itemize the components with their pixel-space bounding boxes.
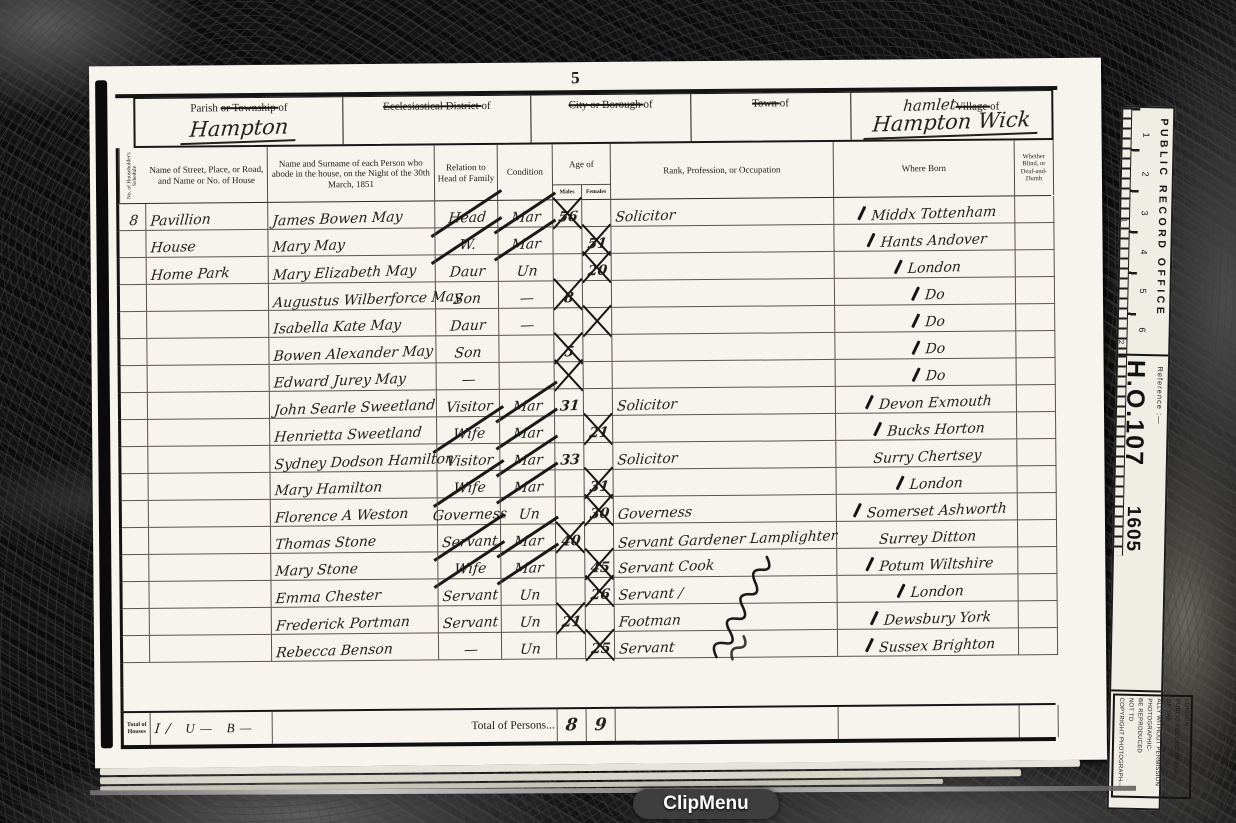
cell-age-f bbox=[583, 281, 612, 308]
total-females-cell: 9 bbox=[587, 709, 616, 741]
cell-street: House bbox=[146, 230, 268, 258]
column-header-label: Age of bbox=[553, 144, 610, 185]
cell-street bbox=[149, 581, 271, 609]
cell-relation: — bbox=[437, 363, 500, 391]
cell-age-f: 31 bbox=[584, 470, 613, 497]
cell-schedule bbox=[122, 582, 149, 609]
cell-relation: Son bbox=[436, 282, 499, 310]
tally-tick bbox=[895, 475, 904, 490]
cell-condition: Mar bbox=[498, 227, 553, 254]
scanned-census-photograph: 5 Parish or Township ofHamptonEcclesiast… bbox=[0, 0, 1236, 823]
cell-schedule bbox=[122, 555, 149, 582]
cell-born: Sussex Brighton bbox=[838, 628, 1019, 657]
cell-occupation: Solicitor bbox=[611, 198, 834, 227]
handwritten-occupation: Servant Cook bbox=[618, 558, 715, 577]
ruler-number-outer: 2 bbox=[1117, 340, 1126, 344]
cell-street bbox=[150, 608, 272, 636]
cell-name: Augustus Wilberforce May bbox=[269, 282, 436, 310]
cell-age-m bbox=[555, 470, 584, 497]
handwritten-born: Hants Andover bbox=[880, 231, 988, 251]
cell-street: Home Park bbox=[147, 257, 269, 285]
handwritten-condition: Mar bbox=[511, 209, 542, 226]
cell-condition: — bbox=[499, 281, 554, 308]
cell-schedule bbox=[120, 258, 147, 285]
handwritten-age-f: 21 bbox=[589, 425, 610, 442]
handwritten-age-f: 45 bbox=[590, 560, 611, 577]
header-label-post: of bbox=[780, 97, 789, 109]
handwritten-relation: Servant bbox=[442, 614, 499, 632]
cell-condition: Un bbox=[502, 605, 557, 632]
cell-born: London bbox=[835, 250, 1016, 279]
cell-blind bbox=[1015, 223, 1054, 250]
handwritten-relation: Son bbox=[454, 345, 482, 362]
handwritten-relation: Servant bbox=[442, 587, 499, 605]
header-box: Town of bbox=[691, 93, 851, 141]
column-header-label: No. of Householder's Schedule bbox=[119, 148, 146, 203]
handwritten-born: Do bbox=[924, 287, 945, 304]
handwritten-occupation: Solicitor bbox=[617, 450, 678, 468]
cell-relation: Son bbox=[436, 336, 499, 364]
header-label-struck: Ecclesiastical District bbox=[383, 100, 481, 113]
reference-class: H.O.107 bbox=[1120, 360, 1150, 468]
cell-name: John Searle Sweetland bbox=[270, 390, 437, 418]
header-label-post: of bbox=[643, 99, 652, 111]
handwritten-name: Florence A Weston bbox=[274, 506, 409, 527]
cell-schedule bbox=[123, 609, 150, 636]
cell-street bbox=[147, 311, 269, 339]
cell-occupation: Governess bbox=[614, 495, 837, 524]
column-header-label: Whether Blind, or Deaf-and-Dumb bbox=[1015, 140, 1054, 195]
handwritten-born: Do bbox=[924, 341, 945, 358]
cell-condition: Mar bbox=[501, 551, 556, 578]
cell-condition: Mar bbox=[501, 470, 556, 497]
cell-relation: Servant bbox=[438, 579, 501, 607]
column-header-label: Condition bbox=[498, 144, 553, 199]
handwritten-schedule: 8 bbox=[128, 213, 138, 229]
column-header-label: Name and Surname of each Person who abod… bbox=[268, 145, 435, 201]
cell-age-f bbox=[582, 200, 611, 227]
handwritten-occupation: Solicitor bbox=[615, 208, 676, 226]
cell-occupation: Solicitor bbox=[613, 387, 836, 416]
tally-tick bbox=[870, 611, 879, 626]
cell-street bbox=[147, 338, 269, 366]
cell-age-m bbox=[555, 362, 584, 389]
column-header-label: Where Born bbox=[834, 140, 1015, 197]
tally-tick bbox=[867, 233, 876, 248]
clipmenu-label: ClipMenu bbox=[663, 793, 749, 815]
cell-name: Henrietta Sweetland bbox=[270, 417, 437, 445]
handwritten-name: Thomas Stone bbox=[274, 534, 376, 554]
cell-schedule bbox=[122, 501, 149, 528]
handwritten-age-f: 30 bbox=[589, 506, 610, 523]
total-of-persons-label: Total of Persons... bbox=[273, 709, 558, 743]
cell-relation: W. bbox=[435, 228, 498, 256]
handwritten-occupation: Servant Gardener Lamplighter bbox=[617, 528, 838, 552]
handwritten-name: Rebecca Benson bbox=[275, 641, 393, 661]
cell-schedule bbox=[121, 366, 148, 393]
cell-blind bbox=[1015, 196, 1054, 223]
cell-occupation bbox=[613, 414, 836, 443]
cell-condition: — bbox=[499, 308, 554, 335]
handwritten-occupation: Servant / bbox=[618, 585, 684, 603]
handwritten-street: Home Park bbox=[150, 265, 230, 284]
handwritten-born: Dewsbury York bbox=[883, 609, 992, 629]
inhabited-mark: I / bbox=[154, 721, 172, 737]
handwritten-born: London bbox=[909, 475, 964, 493]
handwritten-born: Surrey Ditton bbox=[879, 528, 977, 547]
tally-tick bbox=[873, 422, 882, 437]
handwritten-born: Somerset Ashworth bbox=[866, 501, 1007, 522]
handwritten-age-f: 25 bbox=[591, 641, 612, 658]
cell-age-f: 51 bbox=[582, 227, 611, 254]
cell-age-f: 30 bbox=[585, 497, 614, 524]
cell-age-f: 21 bbox=[584, 416, 613, 443]
census-rows: 8PavillionJames Bowen MayHeadMar56Solici… bbox=[116, 196, 1062, 663]
tally-tick bbox=[911, 286, 920, 301]
handwritten-age-f: 51 bbox=[587, 236, 608, 253]
cell-relation: Wife bbox=[438, 471, 501, 499]
handwritten-condition: Un bbox=[518, 506, 540, 523]
header-box: Parish or Township ofHampton bbox=[135, 97, 344, 146]
cell-blind bbox=[1018, 493, 1057, 520]
tally-tick bbox=[896, 583, 905, 598]
cell-blind bbox=[1016, 304, 1055, 331]
cell-relation: Wife bbox=[438, 552, 501, 580]
cell-age-m: 40 bbox=[556, 524, 585, 551]
total-of-houses-label: Total of Houses bbox=[124, 713, 151, 745]
handwritten-occupation: Governess bbox=[617, 504, 693, 523]
empty-total-cell bbox=[1020, 705, 1059, 737]
cell-schedule bbox=[123, 636, 150, 663]
cell-street: Pavillion bbox=[146, 203, 268, 231]
building-mark: B — bbox=[227, 720, 253, 736]
handwritten-name: Sydney Dodson Hamilton bbox=[274, 451, 455, 473]
header-box: hamlet Village ofHampton Wick bbox=[851, 91, 1052, 140]
header-label-post: of bbox=[278, 102, 287, 114]
header-box: City or Borough of bbox=[531, 94, 691, 142]
handwritten-name: Edward Jurey May bbox=[273, 371, 407, 392]
cell-schedule bbox=[121, 393, 148, 420]
handwritten-condition: — bbox=[519, 290, 534, 307]
cell-age-f: 45 bbox=[585, 551, 614, 578]
cell-occupation bbox=[611, 225, 834, 254]
cell-blind bbox=[1018, 520, 1057, 547]
empty-total-cell bbox=[616, 707, 839, 741]
handwritten-name: Henrietta Sweetland bbox=[274, 425, 423, 446]
cell-name: Bowen Alexander May bbox=[269, 336, 436, 364]
header-label-struck: or Township bbox=[221, 102, 279, 115]
handwritten-street: Pavillion bbox=[150, 212, 212, 230]
page-number: 5 bbox=[571, 68, 580, 88]
column-headers: No. of Householder's ScheduleName of Str… bbox=[116, 140, 1051, 204]
handwritten-condition: Mar bbox=[513, 425, 544, 442]
cell-street bbox=[148, 365, 270, 393]
cell-age-m: 8 bbox=[554, 281, 583, 308]
cell-name: Rebecca Benson bbox=[272, 633, 439, 661]
handwritten-condition: Un bbox=[519, 614, 541, 631]
cell-age-m bbox=[555, 416, 584, 443]
cell-occupation bbox=[613, 360, 836, 389]
handwritten-born: Sussex Brighton bbox=[879, 636, 996, 656]
cell-blind bbox=[1016, 331, 1055, 358]
handwritten-born: Potum Wiltshire bbox=[879, 555, 994, 575]
handwritten-born: Middx Tottenham bbox=[871, 204, 997, 224]
copyright-line: BE REPRODUCED PHOTOGRAPHIC- bbox=[1133, 698, 1154, 794]
handwritten-condition: Mar bbox=[514, 560, 545, 577]
cell-age-m bbox=[556, 578, 585, 605]
cell-occupation: Servant / bbox=[614, 576, 837, 605]
cell-relation: Daur bbox=[436, 255, 499, 283]
handwritten-relation: Wife bbox=[452, 426, 485, 443]
handwritten-relation: — bbox=[461, 372, 476, 389]
binding-shadow-bar bbox=[95, 80, 113, 748]
handwritten-condition: Mar bbox=[513, 479, 544, 496]
handwritten-age-f: 26 bbox=[590, 587, 611, 604]
cell-blind bbox=[1019, 601, 1058, 628]
tally-tick bbox=[911, 340, 920, 355]
handwritten-relation: W. bbox=[459, 237, 477, 254]
header-label-pre: Parish bbox=[190, 102, 220, 114]
cell-born: Do bbox=[835, 277, 1016, 306]
handwritten-condition: Mar bbox=[514, 533, 545, 550]
cell-relation: Servant bbox=[439, 606, 502, 634]
ruler-number: 6 bbox=[1137, 327, 1147, 332]
cell-street bbox=[148, 392, 270, 420]
handwritten-relation: Visitor bbox=[445, 398, 493, 416]
cell-street bbox=[147, 284, 269, 312]
cell-born: Bucks Horton bbox=[836, 412, 1017, 441]
handwritten-relation: Son bbox=[454, 291, 482, 308]
cell-blind bbox=[1018, 547, 1057, 574]
header-label-post: of bbox=[481, 100, 490, 112]
age-sub-header: Females bbox=[582, 185, 610, 199]
cell-age-m bbox=[554, 254, 583, 281]
handwritten-name: Mary Elizabeth May bbox=[272, 263, 417, 284]
cell-blind bbox=[1017, 412, 1056, 439]
header-handwritten-value: Hampton Wick bbox=[863, 107, 1039, 140]
cell-born: Surry Chertsey bbox=[836, 439, 1017, 468]
copyright-line: PUBLIC RECORD OFFICE, LONDON bbox=[1170, 699, 1191, 795]
cell-age-m bbox=[553, 227, 582, 254]
handwritten-name: Bowen Alexander May bbox=[273, 343, 434, 365]
handwritten-name: Isabella Kate May bbox=[273, 317, 402, 338]
cell-age-m: 21 bbox=[557, 605, 586, 632]
empty-total-cell bbox=[839, 705, 1020, 739]
cell-schedule bbox=[120, 339, 147, 366]
handwritten-age-m: 8 bbox=[563, 290, 574, 306]
cell-name: Florence A Weston bbox=[271, 498, 438, 526]
cell-age-f bbox=[583, 308, 612, 335]
column-header-label: Rank, Profession, or Occupation bbox=[611, 142, 834, 199]
cell-age-f: 20 bbox=[583, 254, 612, 281]
cell-age-f bbox=[586, 605, 615, 632]
cell-occupation bbox=[612, 306, 835, 335]
ruler-number-outer: 1 bbox=[1120, 218, 1129, 222]
cell-age-m bbox=[554, 308, 583, 335]
ruler-number: 1 bbox=[1141, 132, 1151, 137]
census-form: Parish or Township ofHamptonEcclesiastic… bbox=[115, 86, 1063, 749]
tally-tick bbox=[911, 313, 920, 328]
cell-condition bbox=[499, 335, 554, 362]
cell-occupation bbox=[612, 333, 835, 362]
handwritten-condition: Un bbox=[519, 641, 541, 658]
tally-tick bbox=[857, 206, 866, 221]
handwritten-born: Bucks Horton bbox=[886, 420, 985, 439]
tally-tick bbox=[894, 259, 903, 274]
cell-relation: — bbox=[439, 633, 502, 661]
handwritten-relation: Daur bbox=[450, 317, 487, 334]
handwritten-born: Do bbox=[925, 368, 946, 385]
cell-condition: Un bbox=[499, 254, 554, 281]
cell-blind bbox=[1017, 358, 1056, 385]
cell-age-m: 31 bbox=[555, 389, 584, 416]
cell-schedule bbox=[121, 447, 148, 474]
cell-street bbox=[148, 446, 270, 474]
cell-age-m: 33 bbox=[555, 443, 584, 470]
cell-born: Potum Wiltshire bbox=[837, 547, 1018, 576]
tally-tick bbox=[865, 395, 874, 410]
handwritten-occupation: Solicitor bbox=[616, 396, 677, 414]
handwritten-relation: — bbox=[463, 642, 478, 659]
handwritten-born: London bbox=[907, 259, 962, 277]
handwritten-name: Emma Chester bbox=[275, 587, 382, 607]
cell-schedule bbox=[121, 420, 148, 447]
copyright-line: ALLY WITHOUT PERMISSION OF THE bbox=[1151, 698, 1172, 794]
cell-occupation: Servant Gardener Lamplighter bbox=[614, 522, 837, 551]
handwritten-condition: Un bbox=[516, 263, 538, 280]
cell-street bbox=[148, 419, 270, 447]
handwritten-condition: — bbox=[520, 317, 535, 334]
header-box: Ecclesiastical District of bbox=[344, 96, 532, 145]
reference-number: H.O.107 1605 bbox=[1117, 360, 1150, 553]
ruler-number: 4 bbox=[1139, 249, 1149, 254]
ruler-number: 3 bbox=[1140, 210, 1150, 215]
cell-occupation bbox=[612, 252, 835, 281]
handwritten-relation: Daur bbox=[449, 263, 486, 280]
handwritten-condition: Un bbox=[518, 587, 540, 604]
handwritten-age-m: 40 bbox=[561, 533, 582, 550]
cell-schedule bbox=[122, 528, 149, 555]
handwritten-age-m: 31 bbox=[559, 398, 580, 415]
handwritten-name: Augustus Wilberforce May bbox=[272, 289, 462, 312]
cell-born: Hants Andover bbox=[834, 223, 1015, 252]
handwritten-born: Do bbox=[924, 314, 945, 331]
ruler-number: 5 bbox=[1138, 288, 1148, 293]
cell-age-f bbox=[584, 389, 613, 416]
record-office-ruler-strip: 12345612 PUBLIC RECORD OFFICE Reference … bbox=[1107, 106, 1176, 811]
cell-occupation: Solicitor bbox=[613, 441, 836, 470]
cell-name: James Bowen May bbox=[268, 201, 435, 229]
cell-name: Isabella Kate May bbox=[269, 309, 436, 337]
cell-schedule bbox=[119, 231, 146, 258]
cell-name: Sydney Dodson Hamilton bbox=[270, 444, 437, 472]
cell-born: London bbox=[836, 466, 1017, 495]
reference-section: Reference :— H.O.107 1605 bbox=[1111, 355, 1168, 692]
cell-age-f: 25 bbox=[586, 632, 615, 659]
cell-blind bbox=[1019, 628, 1058, 655]
handwritten-name: Frederick Portman bbox=[275, 614, 410, 635]
cell-age-f bbox=[585, 524, 614, 551]
handwritten-occupation: Footman bbox=[618, 612, 681, 630]
total-males-cell: 8 bbox=[558, 709, 587, 741]
handwritten-street: House bbox=[150, 239, 197, 257]
reference-label: Reference :— bbox=[1155, 366, 1165, 424]
cell-born: London bbox=[837, 574, 1018, 603]
total-males-value: 8 bbox=[565, 715, 579, 735]
tally-tick bbox=[852, 503, 861, 518]
cell-age-f bbox=[584, 443, 613, 470]
cell-blind bbox=[1016, 250, 1055, 277]
cell-schedule bbox=[122, 474, 149, 501]
cell-blind bbox=[1017, 439, 1056, 466]
ruler-number: 2 bbox=[1140, 171, 1150, 176]
handwritten-condition: Mar bbox=[513, 452, 544, 469]
cell-name: Thomas Stone bbox=[271, 525, 438, 553]
cell-street bbox=[149, 554, 271, 582]
form-header-boxes: Parish or Township ofHamptonEcclesiastic… bbox=[133, 90, 1053, 148]
cell-born: Do bbox=[835, 304, 1016, 333]
cell-age-f bbox=[583, 335, 612, 362]
handwritten-name: James Bowen May bbox=[272, 209, 404, 230]
cell-age-m bbox=[556, 497, 585, 524]
uninhabited-mark: U — bbox=[185, 720, 212, 736]
column-header-label: Relation to Head of Family bbox=[435, 145, 498, 201]
handwritten-age-m: 33 bbox=[560, 452, 581, 469]
copyright-line: COPYRIGHT PHOTOGRAPH—NOT TO bbox=[1114, 698, 1135, 794]
column-header-label: Name of Street, Place, or Road, and Name… bbox=[146, 147, 268, 203]
cell-age-m: 56 bbox=[553, 200, 582, 227]
handwritten-relation: Wife bbox=[454, 561, 487, 578]
cell-name: Edward Jurey May bbox=[270, 363, 437, 391]
clipmenu-overlay[interactable]: ClipMenu bbox=[633, 789, 779, 819]
handwritten-born: Devon Exmouth bbox=[878, 393, 992, 413]
cell-street bbox=[149, 473, 271, 501]
census-page: 5 Parish or Township ofHamptonEcclesiast… bbox=[89, 58, 1107, 769]
cell-born: Devon Exmouth bbox=[836, 385, 1017, 414]
handwritten-age-m: 56 bbox=[558, 209, 579, 226]
handwritten-name: Mary Hamilton bbox=[274, 479, 383, 499]
cell-condition: Un bbox=[501, 578, 556, 605]
cell-relation: Wife bbox=[437, 417, 500, 445]
ruler-section: 12345612 PUBLIC RECORD OFFICE bbox=[1118, 108, 1173, 357]
handwritten-name: Mary Stone bbox=[275, 561, 359, 580]
header-label-struck: City or Borough bbox=[568, 99, 643, 112]
cell-born: Do bbox=[836, 358, 1017, 387]
copyright-notice: COPYRIGHT PHOTOGRAPH—NOT TOBE REPRODUCED… bbox=[1111, 693, 1194, 799]
cell-blind bbox=[1016, 277, 1055, 304]
cell-occupation bbox=[613, 468, 836, 497]
public-record-office-label: PUBLIC RECORD OFFICE bbox=[1154, 118, 1170, 317]
handwritten-relation: Wife bbox=[453, 480, 486, 497]
cell-born: Dewsbury York bbox=[838, 601, 1019, 630]
cell-occupation: Footman bbox=[615, 603, 838, 632]
cell-born: Somerset Ashworth bbox=[837, 493, 1018, 522]
cell-name: Mary Elizabeth May bbox=[269, 255, 436, 283]
cell-name: Mary Stone bbox=[271, 552, 438, 580]
handwritten-condition: Mar bbox=[513, 398, 544, 415]
cell-age-f bbox=[584, 362, 613, 389]
cell-age-f: 26 bbox=[585, 578, 614, 605]
cell-age-m bbox=[556, 551, 585, 578]
cell-condition: Un bbox=[502, 632, 557, 659]
cell-occupation: Servant Cook bbox=[614, 549, 837, 578]
cell-born: Do bbox=[835, 331, 1016, 360]
cell-street bbox=[149, 500, 271, 528]
tally-tick bbox=[865, 638, 874, 653]
cell-name: Frederick Portman bbox=[272, 606, 439, 634]
cell-name: Mary Hamilton bbox=[271, 471, 438, 499]
handwritten-born: Surry Chertsey bbox=[873, 447, 982, 467]
